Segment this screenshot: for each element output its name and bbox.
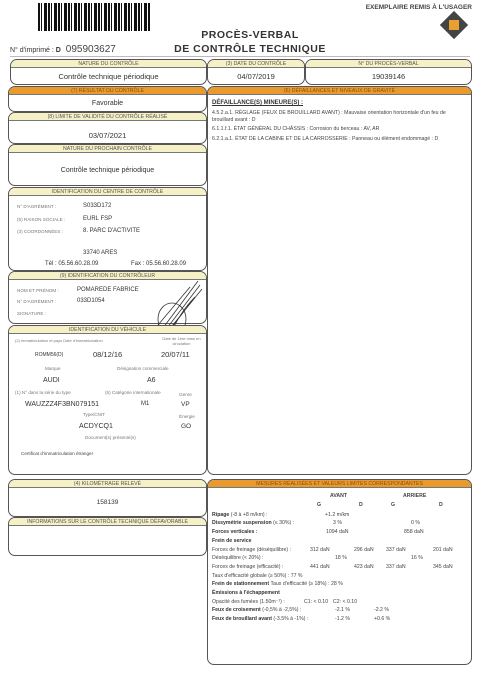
mesures-box: MESURES RÉALISÉES ET VALEURS LIMITES COR… — [207, 479, 472, 665]
genre-label: Genre — [179, 392, 192, 397]
kilometrage-value: 158139 — [9, 499, 206, 506]
mesures-label: MESURES RÉALISÉES ET VALEURS LIMITES COR… — [208, 480, 471, 488]
avant-d-header: D — [359, 502, 363, 508]
ripage-value: +1.2 m/km — [325, 512, 349, 518]
controleur-nom-label: NOM ET PRÉNOM : — [17, 288, 59, 293]
title-line-2: DE CONTRÔLE TECHNIQUE — [160, 42, 340, 56]
fax: Fax : 05.56.60.28.09 — [131, 261, 186, 267]
centre-agrement-label: N° D'AGRÉMENT : — [17, 204, 56, 209]
centre-controle-label: IDENTIFICATION DU CENTRE DE CONTRÔLE — [9, 188, 206, 196]
designation-label: Désignation commerciale — [117, 366, 169, 371]
feux-brouillard-g: -1.2 % — [335, 616, 350, 622]
document-title: PROCÈS-VERBAL DE CONTRÔLE TECHNIQUE — [160, 28, 340, 56]
imprime-letter: D — [56, 47, 61, 54]
forces-desequilibre-label: Forces de freinage (déséquilibre) : — [212, 547, 291, 553]
defaillances-mineures-title: DÉFAILLANCE(S) MINEURE(S) : — [212, 100, 471, 106]
arriere-g-header: G — [391, 502, 395, 508]
resultat-label: (7) RÉSULTAT DU CONTRÔLE — [9, 87, 206, 95]
barcode — [38, 3, 150, 31]
forces-efficacite-av-g: 441 daN — [310, 564, 330, 570]
prochain-controle-value: Contrôle technique périodique — [9, 167, 206, 174]
signature-label: SIGNATURE : — [17, 311, 46, 316]
date-immatriculation-value: 08/12/16 — [93, 350, 122, 359]
feux-brouillard-row: Feux de brouillard avant (-3.5% à -1%) : — [212, 616, 308, 622]
frein-stationnement-row: Frein de stationnement Taux d'efficacité… — [212, 581, 343, 587]
feux-croisement-row: Feux de croisement (-0,5% à -2,5%) : — [212, 607, 301, 613]
forces-efficacite-ar-g: 337 daN — [386, 564, 406, 570]
marque-label: Marque — [45, 366, 61, 371]
type-cnit-value: ACDYCQ1 — [79, 423, 113, 430]
frein-service-title: Frein de service — [212, 538, 252, 544]
defaillances-label: (6) DÉFAILLANCES ET NIVEAUX DE GRAVITÉ — [208, 87, 471, 95]
utac-logo-icon — [440, 11, 468, 39]
type-cnit-label: Type/CNIT — [83, 412, 105, 417]
pv-number-label: N° DU PROCÈS-VERBAL — [306, 60, 471, 68]
validite-label: (8) LIMITE DE VALIDITÉ DU CONTRÔLE RÉALI… — [9, 113, 206, 121]
resultat-value: Favorable — [9, 100, 206, 107]
controleur-nom-value: POMAREDE FABRICE — [77, 287, 139, 293]
validite-box: (8) LIMITE DE VALIDITÉ DU CONTRÔLE RÉALI… — [8, 112, 207, 144]
avant-g-header: G — [317, 502, 321, 508]
premiere-circulation-value: 20/07/11 — [161, 350, 190, 359]
feux-croisement-d: -2.2 % — [374, 607, 389, 613]
designation-value: A6 — [147, 377, 156, 384]
forces-verticales-avant: 1094 daN — [326, 529, 349, 535]
genre-value: VP — [181, 401, 190, 408]
premiere-circulation-label: Date de 1ère mise en circulation — [159, 336, 204, 346]
controleur-agrement-value: 033D1054 — [77, 298, 105, 304]
arriere-d-header: D — [439, 502, 443, 508]
numero-serie-label: (1) N° dans la série du type — [15, 390, 71, 395]
date-controle-box: (3) DATE DU CONTRÔLE 04/07/2019 — [207, 59, 305, 85]
raison-sociale-value: EURL FSP — [83, 216, 112, 222]
forces-desequilibre-av-g: 312 daN — [310, 547, 330, 553]
defaillance-item: 4.5.2.a.1. RÉGLAGE (FEUX DE BROUILLARD A… — [212, 110, 467, 123]
vehicule-box: IDENTIFICATION DU VÉHICULE (2) Immatricu… — [8, 325, 207, 475]
adresse-line-1: 8. PARC D'ACTIVITE — [83, 228, 140, 234]
nature-controle-box: NATURE DU CONTRÔLE Contrôle technique pé… — [10, 59, 207, 85]
pv-number-box: N° DU PROCÈS-VERBAL 19039146 — [305, 59, 472, 85]
emissions-title: Émissions à l'échappement — [212, 590, 280, 596]
forces-desequilibre-ar-d: 201 daN — [433, 547, 453, 553]
forces-efficacite-label: Forces de freinage (efficacité) : — [212, 564, 283, 570]
categorie-label: (5) Catégorie internationale — [105, 390, 161, 395]
arriere-header: ARRIERE — [403, 493, 426, 499]
date-controle-label: (3) DATE DU CONTRÔLE — [208, 60, 304, 68]
energie-value: GO — [181, 423, 191, 430]
forces-efficacite-av-d: 423 daN — [354, 564, 374, 570]
imprime-value: 095903627 — [66, 44, 116, 55]
defaillances-box: (6) DÉFAILLANCES ET NIVEAUX DE GRAVITÉ D… — [207, 86, 472, 475]
ripage-row: Ripage (-8 à +8 m/km) : — [212, 512, 268, 518]
nature-controle-value: Contrôle technique périodique — [11, 72, 206, 81]
marque-value: AUDI — [43, 377, 60, 384]
documents-value: Certificat d'immatriculation étranger — [21, 451, 93, 456]
imprime-label: N° d'imprimé : — [10, 47, 54, 54]
centre-controle-box: IDENTIFICATION DU CENTRE DE CONTRÔLE N° … — [8, 187, 207, 271]
date-controle-value: 04/07/2019 — [208, 72, 304, 81]
documents-label: Document(s) présenté(s) — [85, 435, 136, 440]
desequilibre-label: Déséquilibre (< 20%) : — [212, 555, 263, 561]
avant-header: AVANT — [330, 493, 347, 499]
prochain-controle-label: NATURE DU PROCHAIN CONTRÔLE — [9, 145, 206, 153]
dissymetrie-arriere: 0 % — [411, 520, 420, 526]
feux-croisement-g: -2.1 % — [335, 607, 350, 613]
forces-verticales-arriere: 858 daN — [404, 529, 424, 535]
validite-value: 03/07/2021 — [9, 131, 206, 140]
numero-serie-value: WAUZZZ4F3BN079151 — [25, 401, 99, 408]
telephone: Tél : 05.56.60.28.09 — [45, 261, 98, 267]
kilometrage-label: (4) KILOMÉTRAGE RELEVÉ — [9, 480, 206, 488]
opacite-c1: C1: < 0.10 — [304, 599, 328, 605]
vehicule-label: IDENTIFICATION DU VÉHICULE — [9, 326, 206, 334]
controleur-agrement-label: N° D'AGRÉMENT : — [17, 299, 56, 304]
categorie-value: M1 — [141, 401, 149, 407]
nature-controle-label: NATURE DU CONTRÔLE — [11, 60, 206, 68]
desequilibre-arriere: 16 % — [411, 555, 423, 561]
immatriculation-label: (2) Immatriculation et pays Date d'immat… — [15, 338, 103, 343]
resultat-box: (7) RÉSULTAT DU CONTRÔLE Favorable — [8, 86, 207, 112]
imprime-number: N° d'imprimé : D 095903627 — [10, 44, 116, 55]
adresse-line-2: 33740 ARES — [83, 250, 117, 256]
coordonnees-label: (3) COORDONNÉES : — [17, 229, 63, 234]
opacite-c2: C2: < 0.10 — [333, 599, 357, 605]
dissymetrie-row: Dissymétrie suspension (≤ 30%) : — [212, 520, 294, 526]
dissymetrie-avant: 3 % — [333, 520, 342, 526]
pv-number-value: 19039146 — [306, 72, 471, 81]
forces-verticales-row: Forces verticales : — [212, 529, 258, 535]
immatriculation-value: ROMM56(D) — [35, 352, 63, 358]
infos-defavorable-label: INFORMATIONS SUR LE CONTRÔLE TECHNIQUE D… — [9, 518, 206, 526]
centre-agrement-value: S033D172 — [83, 203, 111, 209]
kilometrage-box: (4) KILOMÉTRAGE RELEVÉ 158139 — [8, 479, 207, 517]
header-divider — [10, 56, 470, 57]
desequilibre-avant: 18 % — [335, 555, 347, 561]
taux-efficacite-globale: Taux d'efficacité globale (≥ 50%) : 77 % — [212, 573, 303, 579]
raison-sociale-label: (5) RAISON SOCIALE : — [17, 217, 65, 222]
forces-desequilibre-ar-g: 337 daN — [386, 547, 406, 553]
opacite-label: Opacité des fumées (1.50m⁻¹) : — [212, 599, 285, 605]
defaillance-item: 6.1.1.f.1. ÉTAT GÉNÉRAL DU CHÂSSIS : Cor… — [212, 126, 467, 133]
prochain-controle-box: NATURE DU PROCHAIN CONTRÔLE Contrôle tec… — [8, 144, 207, 186]
feux-brouillard-d: +0.6 % — [374, 616, 390, 622]
title-line-1: PROCÈS-VERBAL — [160, 28, 340, 42]
energie-label: Énergie — [179, 414, 195, 419]
infos-defavorable-box: INFORMATIONS SUR LE CONTRÔLE TECHNIQUE D… — [8, 517, 207, 556]
forces-efficacite-ar-d: 345 daN — [433, 564, 453, 570]
defaillance-item: 6.2.1.a.1. ÉTAT DE LA CABINE ET DE LA CA… — [212, 136, 467, 143]
forces-desequilibre-av-d: 296 daN — [354, 547, 374, 553]
exemplaire-label: EXEMPLAIRE REMIS À L'USAGER — [366, 4, 472, 11]
